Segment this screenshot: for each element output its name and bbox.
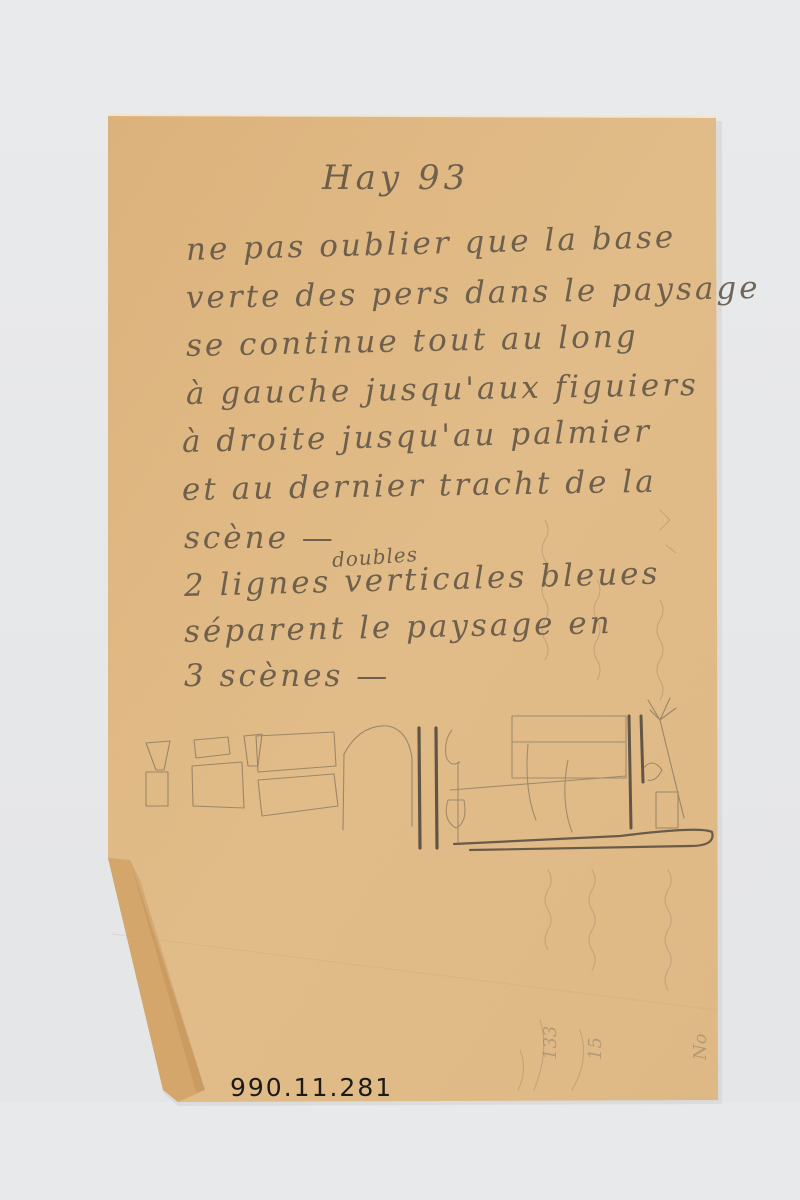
sketch-vase-block bbox=[146, 726, 412, 830]
sketch-palm bbox=[642, 698, 684, 828]
sketch-middle-scene bbox=[446, 716, 626, 842]
catalog-number: 990.11.281 bbox=[230, 1073, 393, 1102]
sketch-divider-right bbox=[629, 716, 643, 828]
faint-scribbles bbox=[518, 510, 676, 1090]
sketch-base-loop bbox=[454, 830, 713, 850]
sketch-divider-left bbox=[419, 728, 437, 848]
landscape-sketch bbox=[0, 0, 800, 1200]
